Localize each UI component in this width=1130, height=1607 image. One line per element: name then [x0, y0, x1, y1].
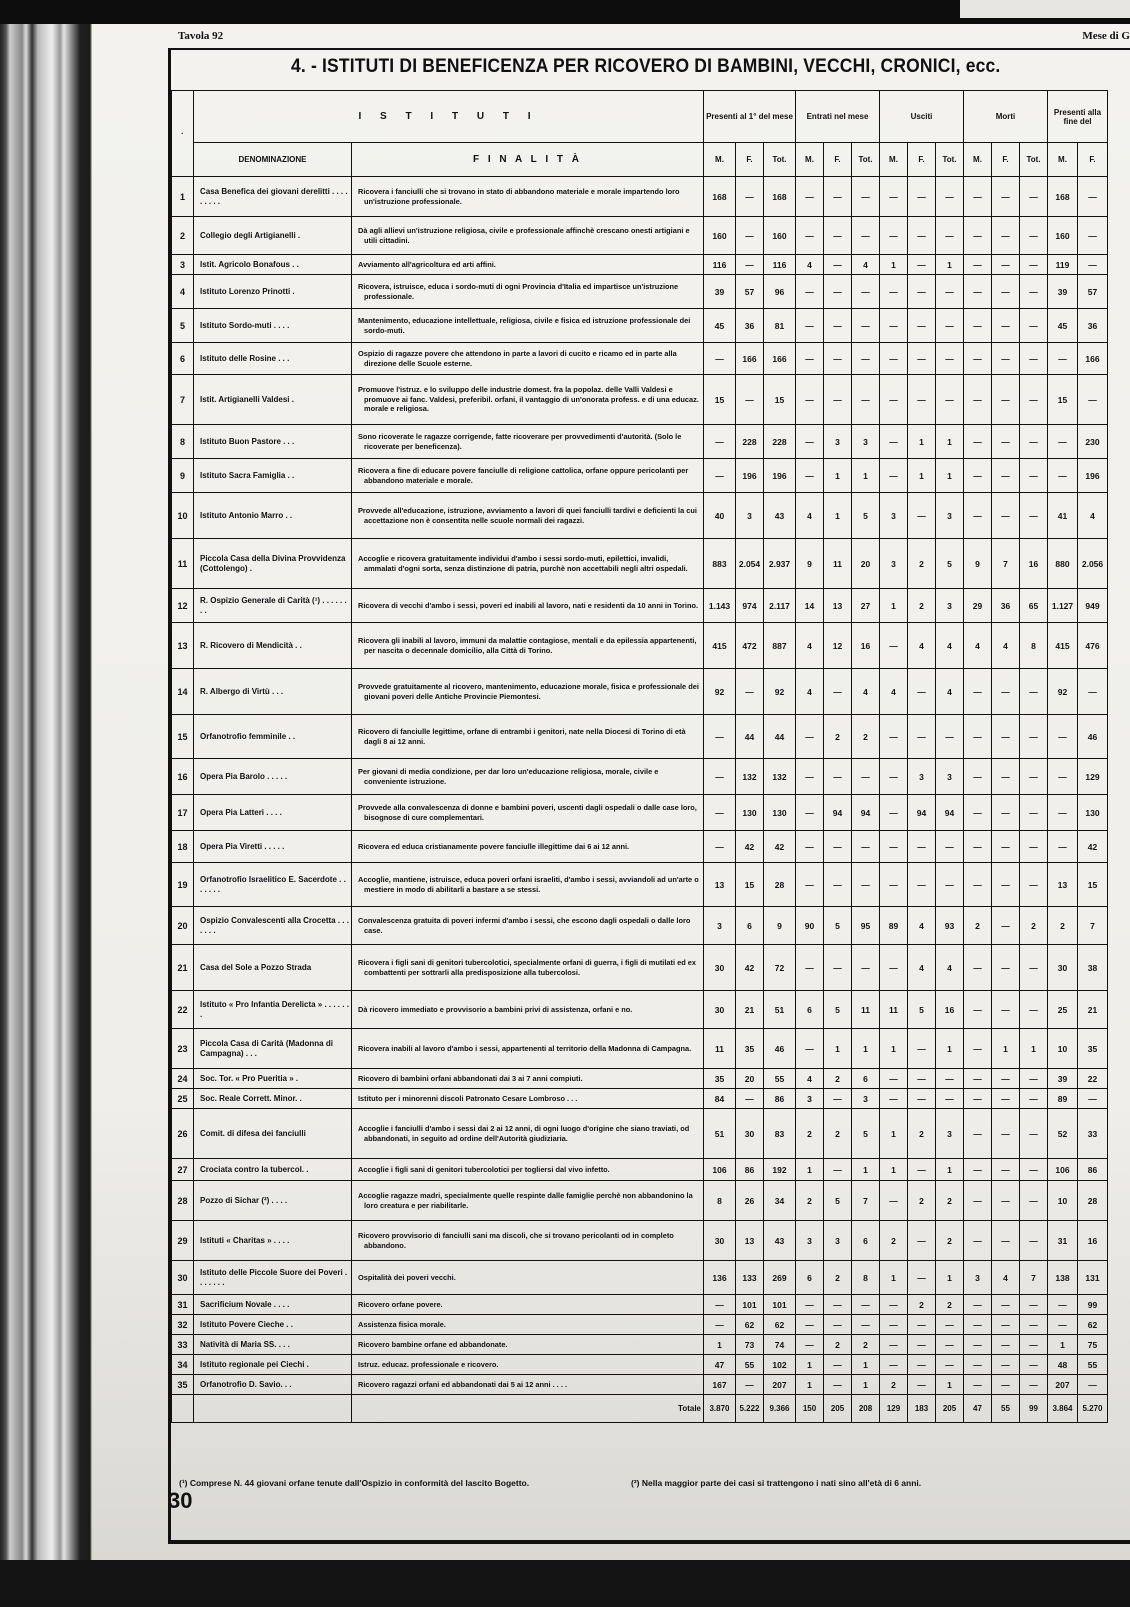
total-cell: 129 — [880, 1395, 908, 1423]
institute-purpose: Promuove l'istruz. e lo sviluppo delle i… — [352, 375, 704, 425]
count-cell: — — [1048, 759, 1078, 795]
row-number: 29 — [172, 1221, 194, 1261]
count-cell: 25 — [1048, 991, 1078, 1029]
count-cell: — — [704, 715, 736, 759]
count-cell: 269 — [764, 1261, 796, 1295]
count-cell: — — [964, 1335, 992, 1355]
count-cell: 35 — [704, 1069, 736, 1089]
page-title: 4. - ISTITUTI DI BENEFICENZA PER RICOVER… — [171, 56, 1056, 78]
count-cell: 5 — [936, 539, 964, 589]
total-cell: 205 — [936, 1395, 964, 1423]
row-number: 12 — [172, 589, 194, 623]
count-cell: — — [704, 795, 736, 831]
count-cell: — — [992, 1355, 1020, 1375]
institute-name: Collegio degli Artigianelli . — [194, 217, 352, 255]
count-cell: — — [880, 715, 908, 759]
count-cell: 62 — [764, 1315, 796, 1335]
count-cell: — — [880, 459, 908, 493]
count-cell: 196 — [736, 459, 764, 493]
total-cell: 208 — [852, 1395, 880, 1423]
count-cell: 166 — [764, 343, 796, 375]
scan-bottom-edge — [0, 1560, 1130, 1607]
count-cell: 92 — [764, 669, 796, 715]
row-number: 24 — [172, 1069, 194, 1089]
count-cell: 96 — [764, 275, 796, 309]
count-cell: — — [1020, 715, 1048, 759]
count-cell: 94 — [908, 795, 936, 831]
count-cell: — — [796, 759, 824, 795]
count-cell: 15 — [1048, 375, 1078, 425]
count-cell: — — [880, 309, 908, 343]
table-row: 2Collegio degli Artigianelli .Dà agli al… — [172, 217, 1108, 255]
row-number: 21 — [172, 945, 194, 991]
table-row: 32Istituto Povere Cieche . .Assistenza f… — [172, 1315, 1108, 1335]
table-number: Tavola 92 — [178, 30, 223, 42]
count-cell: 1.143 — [704, 589, 736, 623]
row-number: 5 — [172, 309, 194, 343]
institute-name: Orfanotrofio D. Savio. . . — [194, 1375, 352, 1395]
row-number: 13 — [172, 623, 194, 669]
count-cell: — — [824, 1315, 852, 1335]
count-cell: 4 — [1078, 493, 1108, 539]
table-row: 34Istituto regionale pei Ciechi .Istruz.… — [172, 1355, 1108, 1375]
count-cell: — — [992, 795, 1020, 831]
institute-name: Comit. di difesa dei fanciulli — [194, 1109, 352, 1159]
count-cell: — — [880, 1335, 908, 1355]
sub-header-cell: M. — [704, 143, 736, 177]
count-cell: 83 — [764, 1109, 796, 1159]
count-cell: 1 — [936, 1375, 964, 1395]
count-cell: 883 — [704, 539, 736, 589]
count-cell: — — [1020, 309, 1048, 343]
count-cell: 1 — [880, 1159, 908, 1181]
count-cell: — — [936, 1335, 964, 1355]
count-cell: 2 — [796, 1181, 824, 1221]
institute-purpose: Ricovero provvisorio di fanciulli sani m… — [352, 1221, 704, 1261]
row-number: 31 — [172, 1295, 194, 1315]
count-cell: 42 — [736, 831, 764, 863]
count-cell: — — [992, 863, 1020, 907]
count-cell: 4 — [852, 255, 880, 275]
row-number: 25 — [172, 1089, 194, 1109]
count-cell: 4 — [992, 1261, 1020, 1295]
sub-header-cell: F. — [908, 143, 936, 177]
count-cell: — — [964, 309, 992, 343]
institute-name: Opera Pia Viretti . . . . . — [194, 831, 352, 863]
institute-name: Istituto Antonio Marro . . — [194, 493, 352, 539]
count-cell: 2.054 — [736, 539, 764, 589]
row-number: 1 — [172, 177, 194, 217]
count-cell: — — [880, 343, 908, 375]
count-cell: — — [796, 1029, 824, 1069]
count-cell: 33 — [1078, 1109, 1108, 1159]
count-cell: 1 — [992, 1029, 1020, 1069]
table-row: 26Comit. di difesa dei fanciulliAccoglie… — [172, 1109, 1108, 1159]
row-number: 6 — [172, 343, 194, 375]
count-cell: — — [1020, 1375, 1048, 1395]
count-cell: — — [824, 759, 852, 795]
count-cell: — — [964, 275, 992, 309]
sub-header-cell: Tot. — [1020, 143, 1048, 177]
count-cell: 93 — [936, 907, 964, 945]
count-cell: 95 — [852, 907, 880, 945]
count-cell: — — [1078, 217, 1108, 255]
count-cell: — — [992, 217, 1020, 255]
count-cell: — — [852, 831, 880, 863]
institute-purpose: Provvede all'educazione, istruzione, avv… — [352, 493, 704, 539]
adjacent-page-edge — [960, 0, 1130, 18]
count-cell: 39 — [1048, 1069, 1078, 1089]
count-cell: 2 — [908, 1109, 936, 1159]
count-cell: — — [908, 217, 936, 255]
count-cell: — — [936, 831, 964, 863]
count-cell: 1 — [796, 1355, 824, 1375]
count-cell: 35 — [736, 1029, 764, 1069]
count-cell: — — [704, 1295, 736, 1315]
sub-header-cell: M. — [796, 143, 824, 177]
sub-header-cell: M. — [1048, 143, 1078, 177]
institute-purpose: Ricovero ragazzi orfani ed abbandonati d… — [352, 1375, 704, 1395]
count-cell: 57 — [1078, 275, 1108, 309]
count-cell: — — [824, 275, 852, 309]
count-cell: — — [964, 177, 992, 217]
count-cell: 1 — [852, 1375, 880, 1395]
table-row: 3Istit. Agricolo Bonafous . .Avviamento … — [172, 255, 1108, 275]
count-cell: — — [824, 375, 852, 425]
count-cell: 16 — [1078, 1221, 1108, 1261]
count-cell: 9 — [796, 539, 824, 589]
count-cell: 7 — [1078, 907, 1108, 945]
count-cell: 102 — [764, 1355, 796, 1375]
count-cell: 73 — [736, 1335, 764, 1355]
count-cell: 16 — [1020, 539, 1048, 589]
row-number: 8 — [172, 425, 194, 459]
count-cell: 2 — [908, 1295, 936, 1315]
count-cell: — — [880, 623, 908, 669]
row-number: 7 — [172, 375, 194, 425]
count-cell: 2 — [880, 1375, 908, 1395]
count-cell: — — [824, 863, 852, 907]
count-cell: — — [936, 1315, 964, 1335]
count-cell: — — [964, 795, 992, 831]
document-page: Tavola 92 Mese di G 4. - ISTITUTI DI BEN… — [92, 24, 1130, 1564]
count-cell: — — [908, 1355, 936, 1375]
count-cell: — — [1020, 177, 1048, 217]
count-cell: 1 — [908, 425, 936, 459]
institute-purpose: Ricovera inabili al lavoro d'ambo i sess… — [352, 1029, 704, 1069]
count-cell: — — [936, 275, 964, 309]
count-cell: 21 — [1078, 991, 1108, 1029]
count-cell: 132 — [764, 759, 796, 795]
count-cell: — — [736, 177, 764, 217]
count-cell: — — [964, 1159, 992, 1181]
table-row: 18Opera Pia Viretti . . . . .Ricovera ed… — [172, 831, 1108, 863]
finalita-header: F I N A L I T À — [352, 143, 704, 177]
row-number: 27 — [172, 1159, 194, 1181]
institute-purpose: Ricovero bambine orfane ed abbandonate. — [352, 1335, 704, 1355]
count-cell: 47 — [704, 1355, 736, 1375]
row-number: 26 — [172, 1109, 194, 1159]
institute-purpose: Ricovero orfane povere. — [352, 1295, 704, 1315]
sub-header-cell: Tot. — [852, 143, 880, 177]
count-cell: — — [992, 425, 1020, 459]
count-cell: 11 — [880, 991, 908, 1029]
page-number: 30 — [168, 1488, 192, 1514]
count-cell: 3 — [936, 759, 964, 795]
count-cell: 86 — [736, 1159, 764, 1181]
count-cell: 15 — [704, 375, 736, 425]
institute-purpose: Dà ricovero immediato e provvisorio a ba… — [352, 991, 704, 1029]
table-row: 8Istituto Buon Pastore . . .Sono ricover… — [172, 425, 1108, 459]
count-cell: 44 — [764, 715, 796, 759]
table-row: 15Orfanotrofio femminile . .Ricovero di … — [172, 715, 1108, 759]
count-cell: — — [880, 945, 908, 991]
count-cell: — — [852, 275, 880, 309]
row-number: 2 — [172, 217, 194, 255]
count-cell: — — [824, 309, 852, 343]
count-cell: — — [964, 343, 992, 375]
count-cell: — — [704, 831, 736, 863]
count-cell: — — [1020, 863, 1048, 907]
count-cell: 65 — [1020, 589, 1048, 623]
institute-purpose: Provvede alla convalescenza di donne e b… — [352, 795, 704, 831]
count-cell: — — [796, 217, 824, 255]
total-cell: 99 — [1020, 1395, 1048, 1423]
institute-name: Orfanotrofio femminile . . — [194, 715, 352, 759]
count-cell: — — [936, 375, 964, 425]
count-cell: — — [1020, 493, 1048, 539]
count-cell: — — [824, 255, 852, 275]
count-cell: — — [852, 759, 880, 795]
count-cell: — — [1078, 177, 1108, 217]
count-cell: 94 — [824, 795, 852, 831]
count-cell: — — [1020, 375, 1048, 425]
count-cell: — — [992, 715, 1020, 759]
count-cell: — — [1020, 669, 1048, 715]
count-cell: — — [1020, 1089, 1048, 1109]
count-cell: — — [992, 669, 1020, 715]
count-cell: — — [880, 1355, 908, 1375]
count-cell: 130 — [736, 795, 764, 831]
count-cell: — — [908, 1261, 936, 1295]
count-cell: 2.937 — [764, 539, 796, 589]
institute-purpose: Assistenza fisica morale. — [352, 1315, 704, 1335]
count-cell: 39 — [704, 275, 736, 309]
count-cell: — — [796, 945, 824, 991]
denominazione-header: DENOMINAZIONE — [194, 143, 352, 177]
institute-purpose: Dà agli allievi un'istruzione religiosa,… — [352, 217, 704, 255]
count-cell: 4 — [796, 623, 824, 669]
row-number: 30 — [172, 1261, 194, 1295]
count-cell: — — [880, 1181, 908, 1221]
total-cell: 47 — [964, 1395, 992, 1423]
count-cell: 36 — [992, 589, 1020, 623]
count-cell: — — [852, 1315, 880, 1335]
count-cell: 90 — [796, 907, 824, 945]
count-cell: 52 — [1048, 1109, 1078, 1159]
count-cell: 29 — [964, 589, 992, 623]
count-cell: 43 — [764, 493, 796, 539]
count-cell: — — [736, 255, 764, 275]
count-cell: — — [796, 275, 824, 309]
count-cell: 13 — [736, 1221, 764, 1261]
count-cell: — — [1020, 1355, 1048, 1375]
group-entrati: Entrati nel mese — [796, 91, 880, 143]
count-cell: — — [908, 831, 936, 863]
count-cell: 2 — [824, 715, 852, 759]
institute-purpose: Ospitalità dei poveri vecchi. — [352, 1261, 704, 1295]
institute-purpose: Ricovera ed educa cristianamente povere … — [352, 831, 704, 863]
total-row: Totale3.8705.2229.3661502052081291832054… — [172, 1395, 1108, 1423]
count-cell: 2 — [824, 1335, 852, 1355]
count-cell: 949 — [1078, 589, 1108, 623]
count-cell: 48 — [1048, 1355, 1078, 1375]
count-cell: 101 — [764, 1295, 796, 1315]
institute-name: Pozzo di Sichar (²) . . . . — [194, 1181, 352, 1221]
count-cell: 2 — [936, 1295, 964, 1315]
count-cell: — — [796, 1315, 824, 1335]
count-cell: — — [1078, 255, 1108, 275]
institute-name: R. Ospizio Generale di Carità (¹) . . . … — [194, 589, 352, 623]
count-cell: 9 — [764, 907, 796, 945]
count-cell: — — [1020, 1159, 1048, 1181]
count-cell: — — [824, 1089, 852, 1109]
institute-name: Istituto delle Rosine . . . — [194, 343, 352, 375]
count-cell: 1 — [852, 1159, 880, 1181]
count-cell: 1 — [936, 425, 964, 459]
institute-name: Crociata contro la tubercol. . — [194, 1159, 352, 1181]
count-cell: 5 — [852, 493, 880, 539]
count-cell: — — [1020, 1109, 1048, 1159]
count-cell: — — [880, 1295, 908, 1315]
total-cell: 150 — [796, 1395, 824, 1423]
count-cell: — — [964, 991, 992, 1029]
institute-purpose: Ricovero di bambini orfani abbandonati d… — [352, 1069, 704, 1089]
count-cell: 168 — [764, 177, 796, 217]
count-cell: — — [1020, 217, 1048, 255]
total-cell: 5.270 — [1078, 1395, 1108, 1423]
count-cell: — — [824, 177, 852, 217]
count-cell: 2 — [936, 1221, 964, 1261]
count-cell: 6 — [736, 907, 764, 945]
table-row: 30Istituto delle Piccole Suore dei Pover… — [172, 1261, 1108, 1295]
table-row: 20Ospizio Convalescenti alla Crocetta . … — [172, 907, 1108, 945]
count-cell: — — [852, 375, 880, 425]
count-cell: 3 — [796, 1221, 824, 1261]
sub-header-cell: F. — [736, 143, 764, 177]
institute-name: Istituto delle Piccole Suore dei Poveri … — [194, 1261, 352, 1295]
table-row: 12R. Ospizio Generale di Carità (¹) . . … — [172, 589, 1108, 623]
institute-purpose: Accoglie i fanciulli d'ambo i sessi dai … — [352, 1109, 704, 1159]
count-cell: — — [1048, 425, 1078, 459]
count-cell: — — [908, 863, 936, 907]
count-cell: — — [992, 1109, 1020, 1159]
count-cell: 36 — [1078, 309, 1108, 343]
count-cell: — — [852, 343, 880, 375]
count-cell: 1 — [936, 1261, 964, 1295]
row-number: 10 — [172, 493, 194, 539]
count-cell: 38 — [1078, 945, 1108, 991]
count-cell: — — [880, 863, 908, 907]
row-number: 9 — [172, 459, 194, 493]
institute-name: Opera Pia Latteri . . . . — [194, 795, 352, 831]
count-cell: — — [796, 375, 824, 425]
count-cell: — — [964, 1295, 992, 1315]
count-cell: 7 — [1020, 1261, 1048, 1295]
footnote-2: (²) Nella maggior parte dei casi si trat… — [631, 1478, 921, 1488]
count-cell: 75 — [1078, 1335, 1108, 1355]
total-label: Totale — [352, 1395, 704, 1423]
count-cell: — — [824, 945, 852, 991]
count-cell: — — [908, 309, 936, 343]
count-cell: 92 — [1048, 669, 1078, 715]
count-cell: — — [964, 217, 992, 255]
count-cell: — — [824, 1375, 852, 1395]
count-cell: — — [908, 255, 936, 275]
table-row: 31Sacrificium Novale . . . .Ricovero orf… — [172, 1295, 1108, 1315]
row-number: 18 — [172, 831, 194, 863]
table-row: 28Pozzo di Sichar (²) . . . .Accoglie ra… — [172, 1181, 1108, 1221]
count-cell: 42 — [736, 945, 764, 991]
count-cell: — — [880, 759, 908, 795]
count-cell: 81 — [764, 309, 796, 343]
count-cell: 30 — [704, 991, 736, 1029]
count-cell: — — [964, 1355, 992, 1375]
count-cell: — — [704, 343, 736, 375]
count-cell: 1 — [852, 459, 880, 493]
month-label: Mese di G — [1082, 30, 1130, 42]
count-cell: 7 — [992, 539, 1020, 589]
institute-purpose: Ospizio di ragazze povere che attendono … — [352, 343, 704, 375]
count-cell: 5 — [908, 991, 936, 1029]
count-cell: — — [908, 1029, 936, 1069]
count-cell: 415 — [704, 623, 736, 669]
institute-name: Natività di Maria SS. . . . — [194, 1335, 352, 1355]
institute-purpose: Ricovero di fanciulle legittime, orfane … — [352, 715, 704, 759]
sub-header-cell: F. — [1078, 143, 1108, 177]
count-cell: 4 — [796, 493, 824, 539]
count-cell: 21 — [736, 991, 764, 1029]
count-cell: 46 — [764, 1029, 796, 1069]
count-cell: 8 — [1020, 623, 1048, 669]
count-cell: 10 — [1048, 1029, 1078, 1069]
count-cell: 51 — [704, 1109, 736, 1159]
count-cell: 94 — [936, 795, 964, 831]
count-cell: 6 — [796, 991, 824, 1029]
count-cell: 106 — [704, 1159, 736, 1181]
count-cell: 133 — [736, 1261, 764, 1295]
table-row: 16Opera Pia Barolo . . . . .Per giovani … — [172, 759, 1108, 795]
count-cell: — — [992, 343, 1020, 375]
count-cell: 974 — [736, 589, 764, 623]
count-cell: 1 — [880, 1261, 908, 1295]
count-cell: — — [908, 1159, 936, 1181]
count-cell: — — [908, 375, 936, 425]
count-cell: — — [796, 309, 824, 343]
count-cell: 228 — [736, 425, 764, 459]
group-presenti-inizio: Presenti al 1° del mese — [704, 91, 796, 143]
count-cell: — — [880, 1315, 908, 1335]
count-cell: 4 — [908, 945, 936, 991]
row-number: 4 — [172, 275, 194, 309]
count-cell: 62 — [1078, 1315, 1108, 1335]
count-cell: — — [852, 217, 880, 255]
count-cell: 89 — [880, 907, 908, 945]
total-cell: 5.222 — [736, 1395, 764, 1423]
count-cell: 3 — [936, 1109, 964, 1159]
count-cell: 3 — [824, 425, 852, 459]
table-row: 4Istituto Lorenzo Prinotti .Ricovera, is… — [172, 275, 1108, 309]
